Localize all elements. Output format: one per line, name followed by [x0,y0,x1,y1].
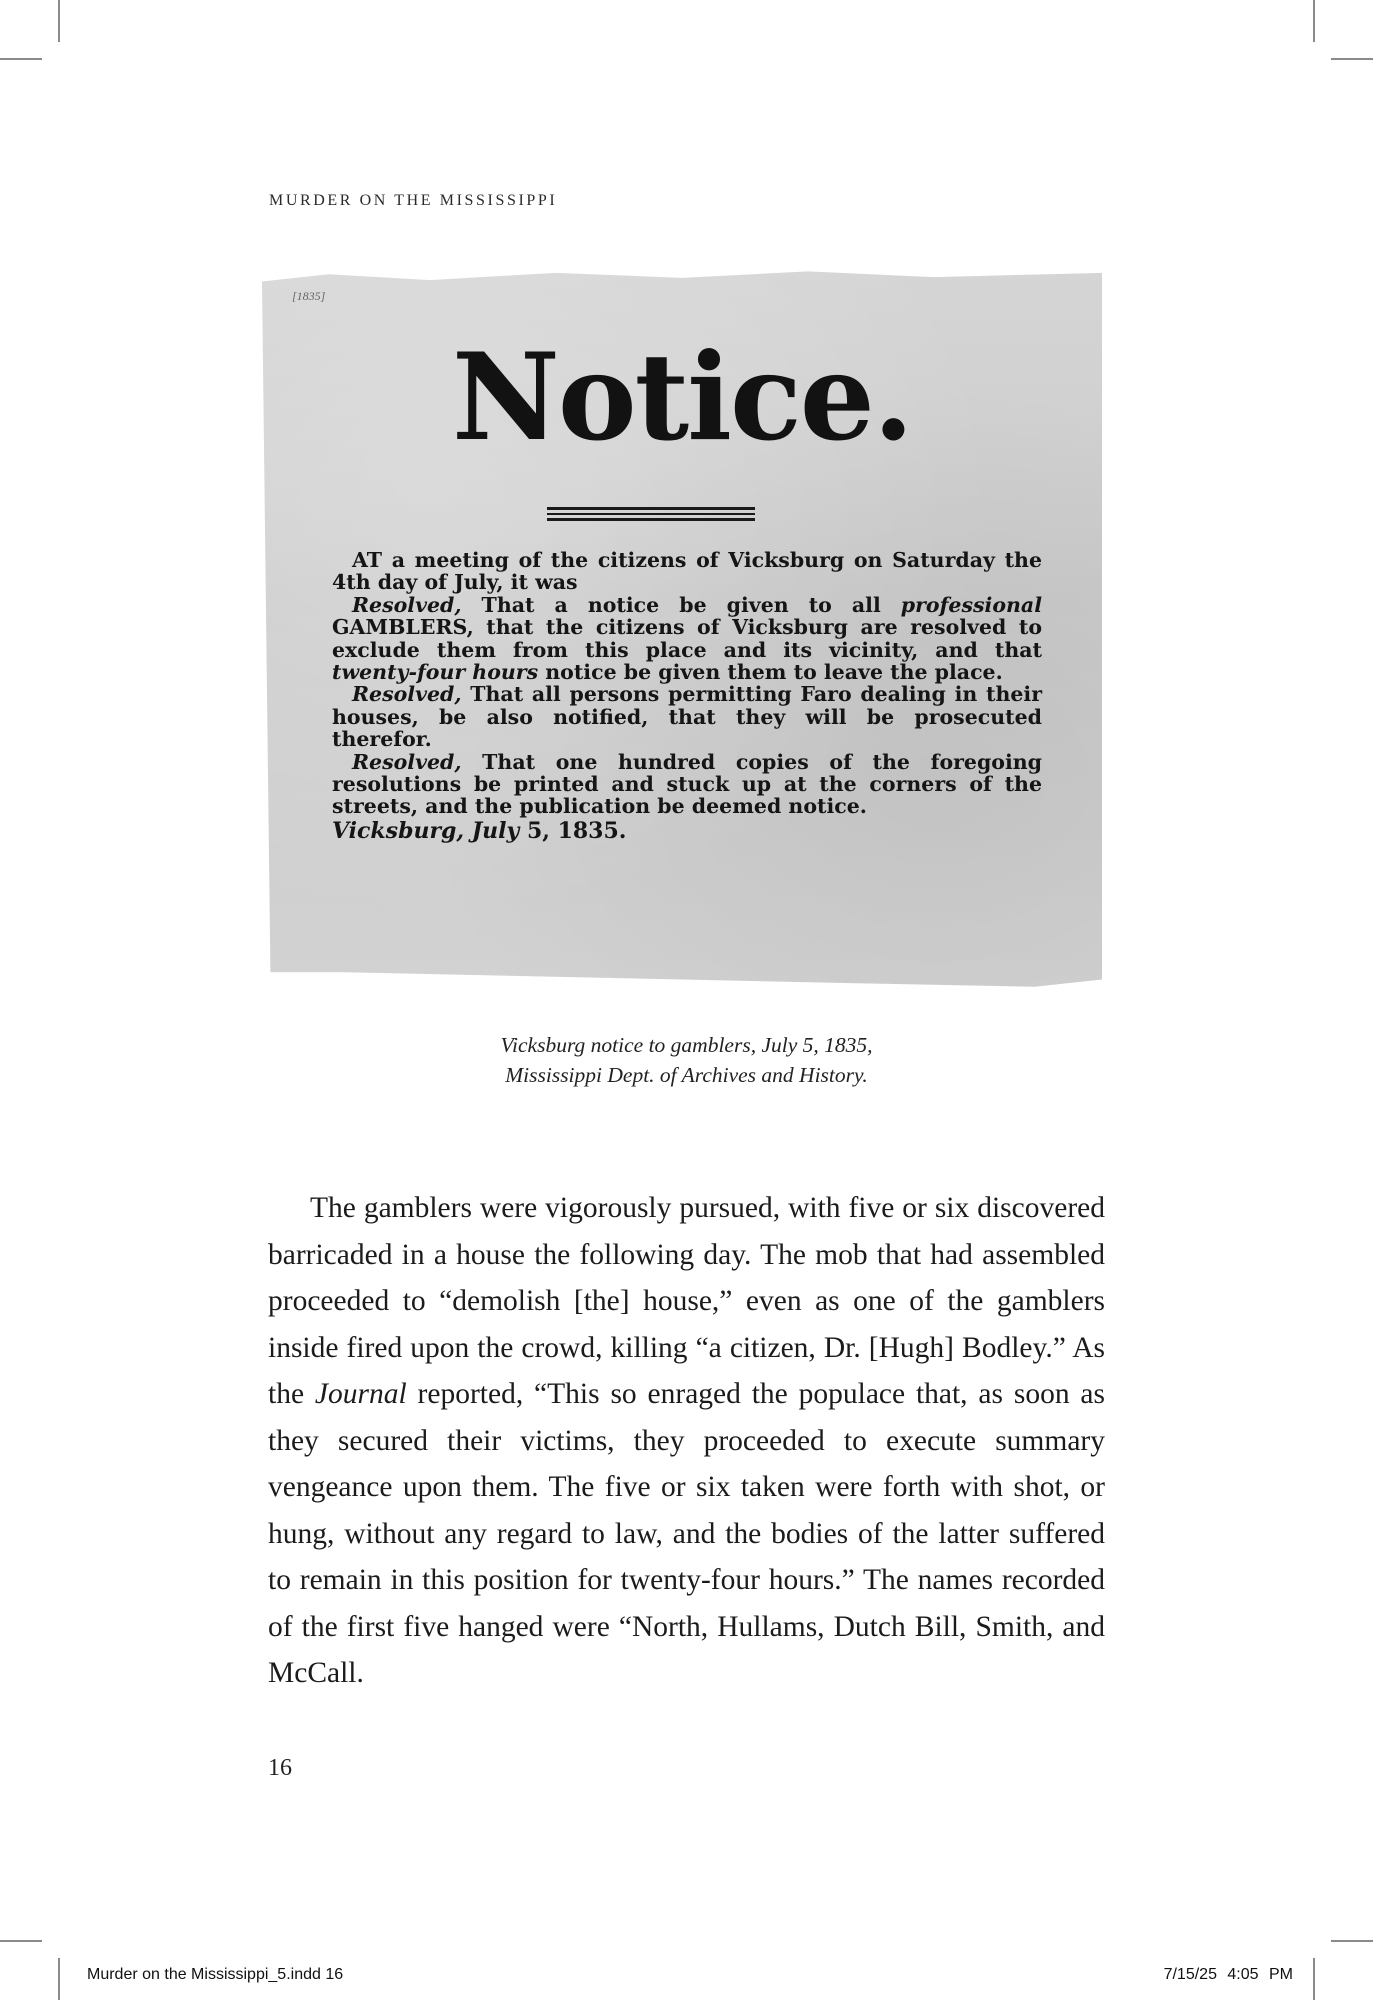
crop-mark [1313,1958,1315,2000]
crop-mark [1331,58,1373,60]
notice-signature: Vicksburg, July 5, 1835. [332,820,1042,842]
crop-mark [58,1958,60,2000]
notice-figure: [1835] Notice. AT a meeting of the citiz… [262,267,1102,994]
body-paragraph: The gamblers were vigorously pursued, wi… [268,1185,1105,1697]
crop-mark [0,1940,42,1942]
notice-paragraph: Resolved, That a notice be given to all … [332,594,1042,684]
caption-line-1: Vicksburg notice to gamblers, July 5, 18… [0,1030,1373,1060]
crop-mark [1331,1940,1373,1942]
slug-filename: Murder on the Mississippi_5.indd 16 [87,1966,343,1984]
running-head: MURDER ON THE MISSISSIPPI [269,192,557,210]
crop-mark [0,58,42,60]
body-text: The gamblers were vigorously pursued, wi… [268,1185,1105,1697]
notice-paragraph: AT a meeting of the citizens of Vicksbur… [332,549,1042,594]
notice-paragraph: Resolved, That all persons permitting Fa… [332,683,1042,750]
archive-mark: [1835] [292,289,325,304]
notice-title: Notice. [262,326,1102,468]
caption-line-2: Mississippi Dept. of Archives and Histor… [0,1060,1373,1090]
page-number: 16 [268,1755,292,1782]
notice-paragraph: Resolved, That one hundred copies of the… [332,751,1042,818]
slug-datetime: 7/15/25 4:05 PM [1164,1966,1293,1984]
crop-mark [1313,0,1315,42]
decorative-rule [547,507,755,521]
notice-body: AT a meeting of the citizens of Vicksbur… [332,549,1042,842]
crop-mark [58,0,60,42]
figure-caption: Vicksburg notice to gamblers, July 5, 18… [0,1030,1373,1090]
